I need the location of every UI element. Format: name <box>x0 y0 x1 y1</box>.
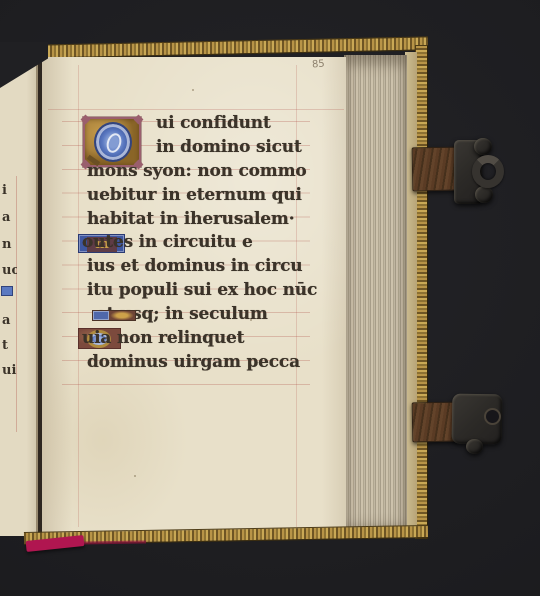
facing-page-text-fragment: ui <box>2 364 17 378</box>
manuscript-line-text: outes in circuitu e <box>78 231 253 255</box>
vellum-speck <box>192 89 194 91</box>
facing-page-text-fragment: n <box>2 238 17 252</box>
manuscript-line: m outes in circuitu e <box>78 231 338 255</box>
manuscript-line: uia non relinquet <box>78 327 338 351</box>
facing-page-text-fragment: uo <box>2 264 17 278</box>
bookmark-ribbon-tail <box>84 540 146 544</box>
manuscript-line: dominus uirgam pecca <box>78 351 338 375</box>
facing-page-text-fragment: i <box>2 184 17 198</box>
text-block: ui confidunt in domino sicut mons syon: … <box>78 112 338 375</box>
manuscript-line: habitat in iherusalem· <box>78 208 338 232</box>
folio-number: 85 <box>312 59 325 71</box>
manuscript-line-text: uia non relinquet <box>78 327 244 351</box>
clasp-tab <box>466 439 483 454</box>
filler-blue-segment <box>93 311 109 320</box>
vellum-speck <box>134 475 136 477</box>
manuscript-line: in domino sicut <box>78 136 338 160</box>
manuscript-line: ius et dominus in circu <box>78 255 338 279</box>
facing-page-decoration <box>1 286 13 296</box>
clasp-horn <box>474 138 492 155</box>
manuscript-line: ui confidunt <box>78 112 338 136</box>
fore-edge-pages <box>344 55 407 536</box>
manuscript-line: mons syon: non commo <box>78 160 338 184</box>
filler-gold-segment <box>109 311 135 320</box>
line-filler-ornament <box>92 310 136 321</box>
clasp-ring <box>472 155 504 188</box>
facing-page-text-fragment: t <box>2 339 17 353</box>
manuscript-line: et usq; in seculum <box>78 303 338 327</box>
manuscript-line: uebitur in eternum qui <box>78 184 338 208</box>
ruled-line-horizontal <box>48 109 344 110</box>
facing-page-text-fragment: a <box>2 211 17 225</box>
manuscript-line: itu populi sui ex hoc nūc <box>78 279 338 303</box>
facing-page-text-fragment: a <box>2 314 17 328</box>
clasp-horn <box>475 186 493 203</box>
leather-strap-top <box>412 147 459 192</box>
photo-background: i a n uo a t ui 85 ui confidunt in <box>0 0 540 596</box>
manuscript-page: 85 ui confidunt in domino sicut mons syo… <box>42 57 346 536</box>
clasp-catch-hole <box>484 408 501 425</box>
facing-page-sliver: i a n uo a t ui <box>0 58 38 536</box>
